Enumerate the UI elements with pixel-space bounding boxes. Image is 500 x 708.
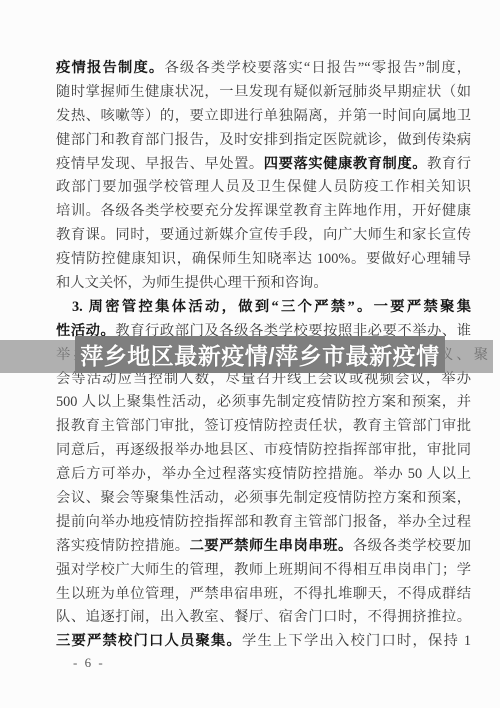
text-segment: 培训。各级各类学校要充分发挥课堂教育主阵地作用，开好健康: [56, 203, 471, 219]
bold-text-segment: 四要落实健康教育制度。: [264, 156, 427, 172]
text-segment: 各级各类学校要落实“日报告”“零报告”制度，: [164, 60, 471, 76]
text-segment: 意后方可举办，举办全过程落实疫情防控措施。举办 50 人以上: [56, 466, 471, 482]
bold-text-segment: 二要严禁师生串岗串班。: [190, 538, 353, 554]
text-segment: 教育课。同时，要通过新媒介宣传手段，向广大师生和家长宣传: [56, 227, 471, 243]
text-segment: 发热、咳嗽等）的，要立即进行单独隔离，并第一时间向属地卫: [56, 108, 471, 124]
document-line: 和人文关怀，为师生提供心理干预和咨询。: [56, 272, 471, 296]
text-segment: 生以班为单位管理，严禁串宿串班，不得扎堆聊天，不得成群结: [56, 586, 471, 602]
document-line: 疫情早发现、早报告、早处置。四要落实健康教育制度。教育行: [56, 153, 471, 177]
text-segment: 500 人以上聚集性活动，必须事先制定疫情防控方案和预案，并: [56, 394, 471, 410]
document-line: 培训。各级各类学校要充分发挥课堂教育主阵地作用，开好健康: [56, 200, 471, 224]
document-line: 报教育主管部门审批，签订疫情防控责任状，教育主管部门审批: [56, 415, 471, 439]
text-segment: 健部门和教育部门报告，及时安排到指定医院就诊，做到传染病: [56, 132, 471, 148]
document-line: 发热、咳嗽等）的，要立即进行单独隔离，并第一时间向属地卫: [56, 105, 471, 129]
text-segment: 疫情防控健康知识，确保师生知晓率达 100%。要做好心理辅导: [56, 251, 471, 267]
document-line: 队、追逐打闹，出入教室、餐厅、宿舍门口时，不得拥挤推拉。: [56, 606, 471, 630]
document-line: 教育课。同时，要通过新媒介宣传手段，向广大师生和家长宣传: [56, 224, 471, 248]
bold-text-segment: 3. 周密管控集体活动，做到“三个严禁”。一要严禁聚集: [72, 299, 471, 315]
text-segment: 随时掌握师生健康状况，一旦发现有疑似新冠肺炎早期症状（如: [56, 84, 471, 100]
text-segment: 和人文关怀，为师生提供心理干预和咨询。: [56, 275, 328, 291]
text-segment: 会议、聚会等聚集性活动，必须事先制定疫情防控方案和预案，: [56, 490, 471, 506]
text-segment: 同意后，再逐级报举办地县区、市疫情防控指挥部审批，审批同: [56, 442, 471, 458]
document-line: 3. 周密管控集体活动，做到“三个严禁”。一要严禁聚集: [56, 296, 471, 320]
text-segment: 疫情早发现、早报告、早处置。: [56, 156, 264, 172]
text-segment: 提前向举办地疫情防控指挥部和教育主管部门报备，举办全过程: [56, 514, 471, 530]
document-line: 500 人以上聚集性活动，必须事先制定疫情防控方案和预案，并: [56, 391, 471, 415]
document-line: 健部门和教育部门报告，及时安排到指定医院就诊，做到传染病: [56, 129, 471, 153]
watermark-text: 萍乡地区最新疫情/萍乡市最新疫情: [80, 338, 439, 371]
text-segment: 报教育主管部门审批，签订疫情防控责任状，教育主管部门审批: [56, 418, 471, 434]
text-segment: 队、追逐打闹，出入教室、餐厅、宿舍门口时，不得拥挤推拉。: [56, 609, 471, 625]
document-line: 随时掌握师生健康状况，一旦发现有疑似新冠肺炎早期症状（如: [56, 81, 471, 105]
page-number: - 6 -: [73, 655, 105, 671]
document-line: 三要严禁校门口人员聚集。学生上下学出入校门口时，保持 1: [56, 630, 471, 654]
document-line: 生以班为单位管理，严禁串宿串班，不得扎堆聊天，不得成群结: [56, 583, 471, 607]
text-segment: 学生上下学出入校门口时，保持 1: [242, 633, 471, 649]
document-line: 同意后，再逐级报举办地县区、市疫情防控指挥部审批，审批同: [56, 439, 471, 463]
text-segment: 教育行: [427, 156, 471, 172]
text-segment: 政部门要加强学校管理人员及卫生保健人员防疫工作相关知识: [56, 179, 471, 195]
watermark-banner: 萍乡地区最新疫情/萍乡市最新疫情: [75, 336, 445, 373]
document-line: 强对学校广大师生的管理，教师上班期间不得相互串岗串门；学: [56, 559, 471, 583]
document-line: 落实疫情防控措施。二要严禁师生串岗串班。各级各类学校要加: [56, 535, 471, 559]
document-line: 提前向举办地疫情防控指挥部和教育主管部门报备，举办全过程: [56, 511, 471, 535]
document-line: 政部门要加强学校管理人员及卫生保健人员防疫工作相关知识: [56, 176, 471, 200]
document-line: 疫情报告制度。各级各类学校要落实“日报告”“零报告”制度，: [56, 57, 471, 81]
bold-text-segment: 疫情报告制度。: [56, 60, 164, 76]
document-line: 疫情防控健康知识，确保师生知晓率达 100%。要做好心理辅导: [56, 248, 471, 272]
text-segment: 强对学校广大师生的管理，教师上班期间不得相互串岗串门；学: [56, 562, 471, 578]
document-line: 意后方可举办，举办全过程落实疫情防控措施。举办 50 人以上: [56, 463, 471, 487]
text-segment: 各级各类学校要加: [353, 538, 471, 554]
document-line: 会议、聚会等聚集性活动，必须事先制定疫情防控方案和预案，: [56, 487, 471, 511]
bold-text-segment: 三要严禁校门口人员聚集。: [56, 633, 242, 649]
document-page: 疫情报告制度。各级各类学校要落实“日报告”“零报告”制度，随时掌握师生健康状况，…: [0, 0, 500, 708]
text-segment: 落实疫情防控措施。: [56, 538, 190, 554]
